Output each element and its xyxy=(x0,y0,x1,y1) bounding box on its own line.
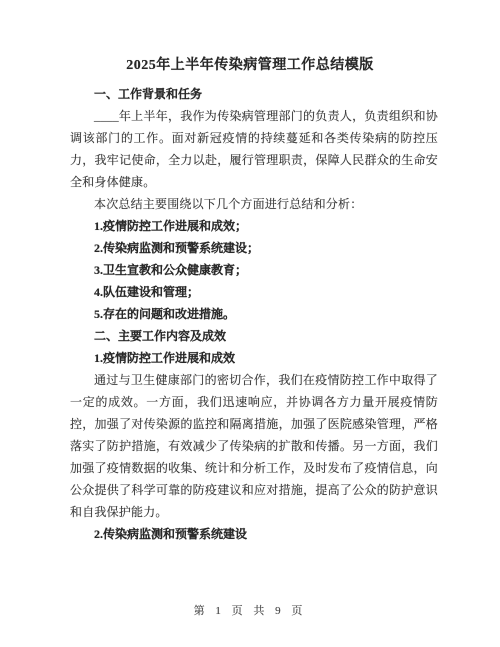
section-heading-background-tasks: 一、工作背景和任务 xyxy=(70,83,438,105)
summary-list-item-3: 3.卫生宣教和公众健康教育； xyxy=(70,259,438,281)
paragraph-epidemic-prevention: 通过与卫生健康部门的密切合作，我们在疫情防控工作中取得了一定的成效。一方面，我们… xyxy=(70,369,438,523)
document-body: 一、工作背景和任务 ____年上半年，我作为传染病管理部门的负责人，负责组织和协… xyxy=(70,83,438,545)
summary-list-item-1: 1.疫情防控工作进展和成效； xyxy=(70,215,438,237)
document-page: 2025年上半年传染病管理工作总结模版 一、工作背景和任务 ____年上半年，我… xyxy=(0,0,500,647)
section-heading-main-work: 二、主要工作内容及成效 xyxy=(70,325,438,347)
subsection-heading-monitoring-system: 2.传染病监测和预警系统建设 xyxy=(70,523,438,545)
summary-list-item-5: 5.存在的问题和改进措施。 xyxy=(70,303,438,325)
summary-list-item-4: 4.队伍建设和管理； xyxy=(70,281,438,303)
page-number-footer: 第 1 页 共 9 页 xyxy=(0,602,500,618)
paragraph-summary-intro: 本次总结主要围绕以下几个方面进行总结和分析： xyxy=(70,193,438,215)
document-title: 2025年上半年传染病管理工作总结模版 xyxy=(0,54,500,74)
summary-list-item-2: 2.传染病监测和预警系统建设； xyxy=(70,237,438,259)
subsection-heading-epidemic-prevention: 1.疫情防控工作进展和成效 xyxy=(70,347,438,369)
paragraph-background: ____年上半年，我作为传染病管理部门的负责人，负责组织和协调该部门的工作。面对… xyxy=(70,105,438,193)
